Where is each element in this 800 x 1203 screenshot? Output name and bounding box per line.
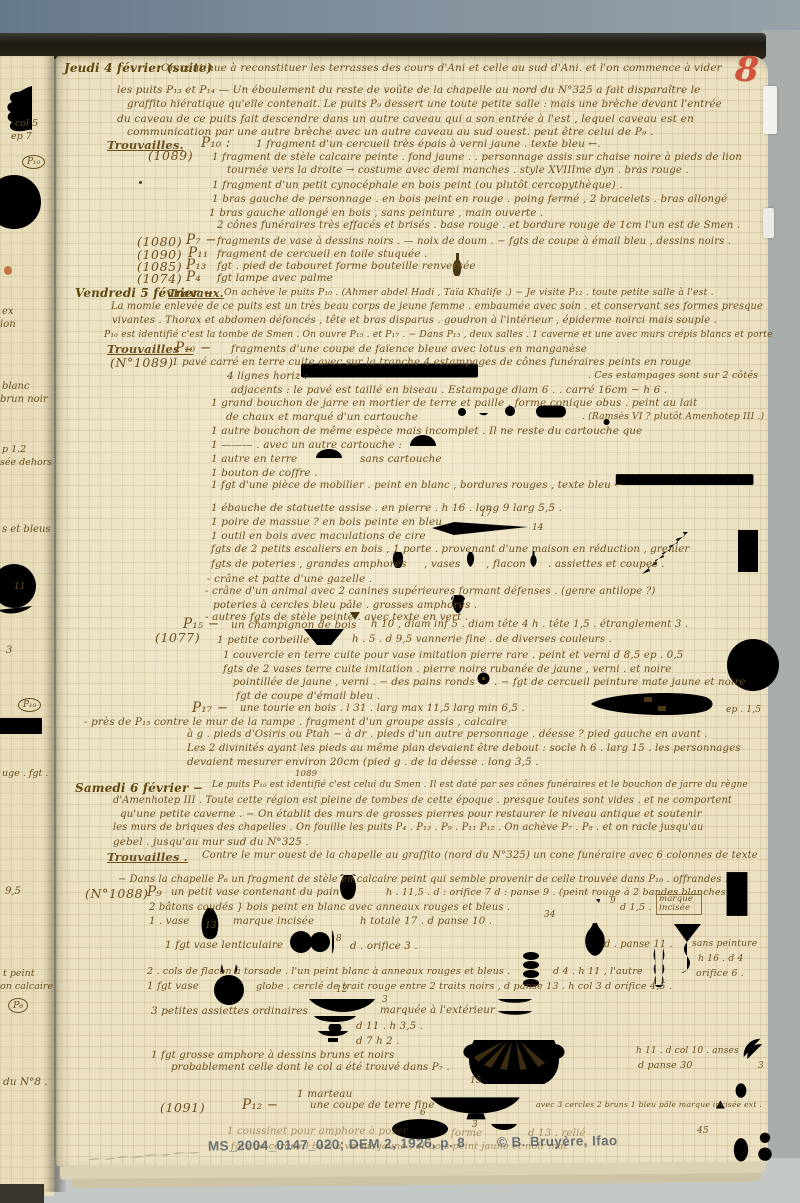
margin-fragment: P₁₀: [22, 155, 45, 169]
watermark-id: MS_2004_0147_020; DEM 2, 1926, p. 8: [208, 1135, 465, 1154]
margin-fragment: ep 7: [11, 131, 32, 142]
watermark-credit: © B. Bruyère, Ifao: [497, 1133, 618, 1150]
margin-fragment: t peint: [3, 968, 35, 979]
margin-fragment: ion: [0, 319, 16, 330]
margin-fragment: brun noir: [0, 394, 48, 405]
margin-fragment: ex: [2, 306, 14, 317]
margin-fragment: p 1.2: [2, 444, 26, 455]
margin-fragment: blanc: [2, 381, 30, 392]
margin-layer: col 5ep 7P₁₀exionblancbrun noirp 1.2sée …: [0, 0, 800, 1203]
notebook-scan: 8 171434131233156311 Jeudi 4 février (su…: [0, 0, 800, 1203]
margin-fragment: uge . fgt .: [2, 768, 48, 779]
margin-fragment: col 5: [15, 118, 38, 129]
margin-fragment: du N°8 .: [3, 1076, 48, 1088]
margin-fragment: s et bleus: [2, 524, 51, 535]
margin-fragment: sée dehors: [0, 457, 52, 468]
margin-fragment: 3: [6, 645, 12, 656]
margin-fragment: P₁₀: [18, 698, 41, 712]
margin-fragment: P₆: [8, 998, 28, 1013]
margin-fragment: on calcaire: [0, 981, 53, 992]
margin-fragment: 9,5: [5, 886, 21, 897]
